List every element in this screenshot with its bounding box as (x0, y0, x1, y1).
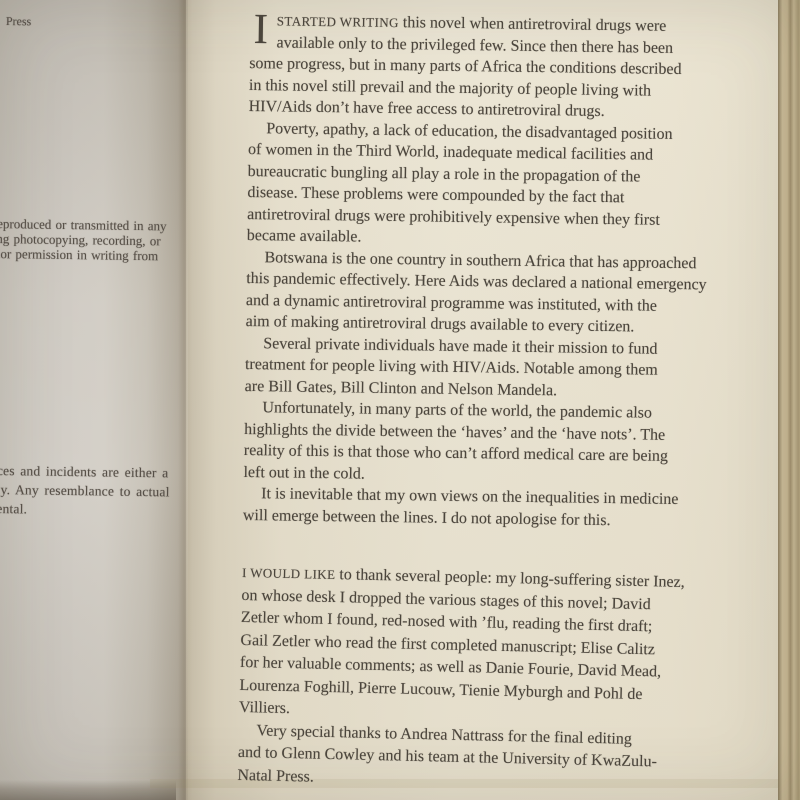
small-caps-lead: I WOULD LIKE (242, 565, 336, 582)
left-page-press-fragment: Press (6, 14, 32, 29)
acknowledgements-paragraph-2: Very special thanks to Andrea Nattrass f… (237, 719, 700, 797)
text-line: ces and incidents are either a (0, 462, 170, 483)
open-book-photo: Press reproduced or transmitted in any i… (0, 0, 800, 800)
acknowledgements-paragraph-1: I WOULD LIKE to thank several people: my… (239, 562, 704, 730)
small-caps-lead: STARTED WRITING (277, 13, 399, 30)
text-line-rest: to thank several people: my long-sufferi… (339, 566, 685, 591)
paragraph-4: Several private individuals have made it… (245, 332, 708, 403)
left-page (0, 0, 188, 800)
paragraph-2: Poverty, apathy, a lack of education, th… (247, 117, 711, 252)
text-line: ental. (0, 500, 169, 521)
acknowledgements-section: I WOULD LIKE to thank several people: my… (237, 562, 704, 797)
text-line: rior permission in writing from (0, 246, 166, 264)
left-page-disclaimer-fragment: ces and incidents are either a ly. Any r… (0, 462, 170, 521)
gutter-crease-shadow (178, 0, 192, 800)
dropcap-letter: I (253, 10, 268, 51)
paragraph-5: Unfortunately, in many parts of the worl… (243, 397, 706, 489)
paragraph-3: Botswana is the one country in southern … (245, 246, 708, 338)
left-page-copyright-fragment: reproduced or transmitted in any ing pho… (0, 216, 167, 264)
text-line: ly. Any resemblance to actual (0, 481, 170, 502)
bottom-left-shadow (0, 780, 176, 800)
book-fore-edge (778, 0, 800, 800)
authors-note-text: I STARTED WRITING this novel when antire… (239, 10, 712, 793)
paragraph-1: I STARTED WRITING this novel when antire… (248, 10, 711, 124)
text-line-rest: this novel when antiretroviral drugs wer… (403, 14, 667, 35)
left-page-lighting (0, 0, 188, 800)
paragraph-6: It is inevitable that my own views on th… (243, 483, 706, 532)
